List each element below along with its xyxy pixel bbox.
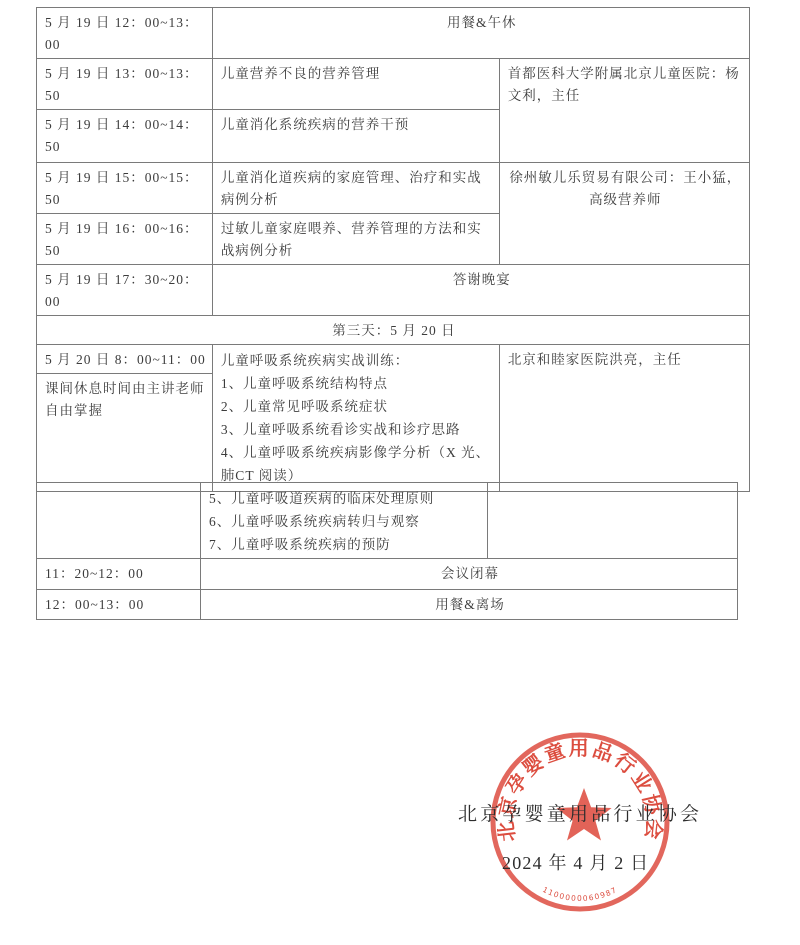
schedule-document-page: 5 月 19 日 12：00~13：00 用餐&午休 5 月 19 日 13：0… — [0, 0, 800, 945]
session-time-cell: 11：20~12：00 — [37, 559, 201, 590]
day3-header-cell: 第三天：5 月 20 日 — [37, 316, 750, 345]
stamp-serial-number: 1100000060987 — [541, 885, 619, 903]
topic-line: 5、儿童呼吸道疾病的临床处理原则 — [209, 487, 481, 510]
session-time-cell: 5 月 19 日 13：00~13：50 — [37, 59, 213, 110]
dinner-cell: 答谢晚宴 — [212, 265, 749, 316]
session-time-cell: 5 月 19 日 15：00~15：50 — [37, 163, 213, 214]
lunch-break-cell: 用餐&午休 — [212, 8, 749, 59]
session-time-cell: 5 月 19 日 16：00~16：50 — [37, 214, 213, 265]
topic-line: 7、儿童呼吸系统疾病的预防 — [209, 533, 481, 556]
speaker-cell: 首都医科大学附属北京儿童医院：杨文利，主任 — [499, 59, 749, 163]
empty-cell — [37, 483, 201, 559]
topic-line: 儿童呼吸系统疾病实战训练： — [221, 349, 493, 372]
topic-line: 3、儿童呼吸系统看诊实战和诊疗思路 — [221, 418, 493, 441]
session-topic-list-cell: 5、儿童呼吸道疾病的临床处理原则 6、儿童呼吸系统疾病转归与观察 7、儿童呼吸系… — [201, 483, 488, 559]
speaker-cell: 徐州敏儿乐贸易有限公司：王小猛，高级营养师 — [499, 163, 749, 265]
break-note-cell: 课间休息时间由主讲老师自由掌握 — [37, 374, 213, 492]
session-topic-list-cell: 儿童呼吸系统疾病实战训练： 1、儿童呼吸系统结构特点 2、儿童常见呼吸系统症状 … — [212, 345, 499, 492]
topic-line: 2、儿童常见呼吸系统症状 — [221, 395, 493, 418]
topic-line: 1、儿童呼吸系统结构特点 — [221, 372, 493, 395]
empty-cell — [488, 483, 738, 559]
schedule-table-day2: 5 月 19 日 12：00~13：00 用餐&午休 5 月 19 日 13：0… — [36, 7, 750, 492]
session-topic-cell: 过敏儿童家庭喂养、营养管理的方法和实战病例分析 — [212, 214, 499, 265]
session-topic-cell: 儿童营养不良的营养管理 — [212, 59, 499, 110]
session-topic-cell: 儿童消化道疾病的家庭管理、治疗和实战病例分析 — [212, 163, 499, 214]
departure-cell: 用餐&离场 — [201, 590, 738, 620]
speaker-cell: 北京和睦家医院洪亮，主任 — [499, 345, 749, 492]
issue-date: 2024 年 4 月 2 日 — [502, 849, 649, 875]
session-time-cell: 5 月 19 日 17：30~20：00 — [37, 265, 213, 316]
session-time-cell: 5 月 19 日 12：00~13：00 — [37, 8, 213, 59]
session-topic-cell: 儿童消化系统疾病的营养干预 — [212, 110, 499, 163]
topic-line: 6、儿童呼吸系统疾病转归与观察 — [209, 510, 481, 533]
session-time-cell: 5 月 19 日 14：00~14：50 — [37, 110, 213, 163]
organization-name: 北京孕婴童用品行业协会 — [458, 799, 702, 826]
session-time-cell: 5 月 20 日 8：00~11：00 — [37, 345, 213, 374]
topic-line: 4、儿童呼吸系统疾病影像学分析（X 光、肺CT 阅读） — [221, 441, 493, 487]
session-time-cell: 12：00~13：00 — [37, 590, 201, 620]
schedule-table-closing: 5、儿童呼吸道疾病的临床处理原则 6、儿童呼吸系统疾病转归与观察 7、儿童呼吸系… — [36, 482, 738, 620]
closing-ceremony-cell: 会议闭幕 — [201, 559, 738, 590]
